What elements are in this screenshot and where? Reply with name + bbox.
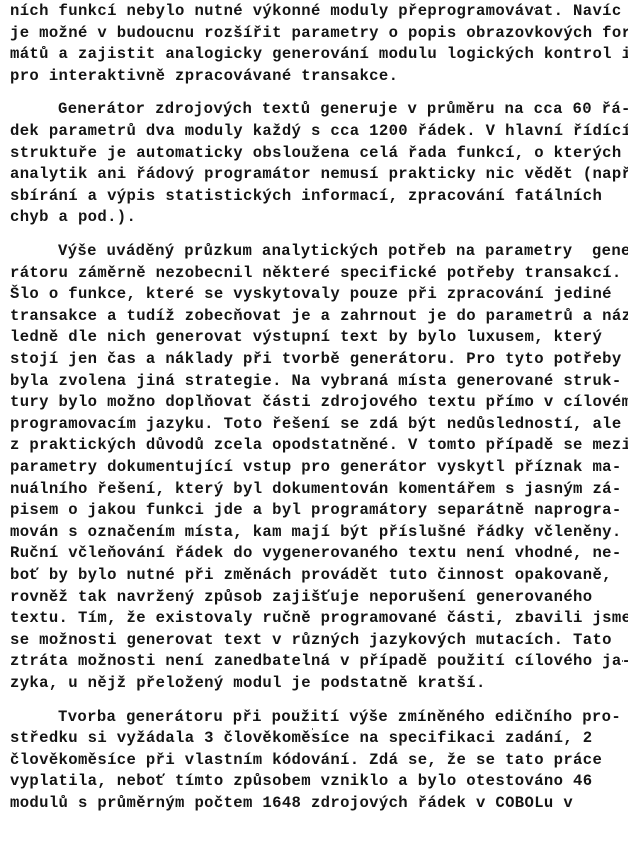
text-line: stojí jen čas a náklady při tvorbě gener…	[10, 349, 622, 369]
text-line: programovacím jazyku. Toto řešení se zdá…	[10, 414, 622, 434]
text-line: se možnosti generovat text v různých jaz…	[10, 630, 612, 650]
text-line: Šlo o funkce, které se vyskytovaly pouze…	[10, 284, 612, 304]
text-line: mován s označením místa, kam mají být př…	[10, 522, 622, 542]
paper-speck	[312, 728, 313, 730]
text-line: Generátor zdrojových textů generuje v pr…	[58, 99, 628, 119]
text-line: pisem o jakou funkci jde a byl programát…	[10, 500, 622, 520]
text-line: ních funkcí nebylo nutné výkonné moduly …	[10, 1, 622, 21]
text-line: pro interaktivně zpracovávané transakce.	[10, 66, 398, 86]
text-line: parametry dokumentující vstup pro generá…	[10, 457, 622, 477]
text-line: struktuře je automaticky obsloužena celá…	[10, 143, 622, 163]
text-line: modulů s průměrným počtem 1648 zdrojovýc…	[10, 793, 573, 813]
text-line: ledně dle nich generovat výstupní text b…	[10, 327, 602, 347]
paper-speck	[622, 660, 623, 662]
text-line: dek parametrů dva moduly každý s cca 120…	[10, 121, 628, 141]
text-line: zyka, u nějž přeložený modul je podstatn…	[10, 673, 486, 693]
text-line: analytik ani řádový programátor nemusí p…	[10, 164, 628, 184]
text-line: byla zvolena jiná strategie. Na vybraná …	[10, 371, 622, 391]
text-line: chyb a pod.).	[10, 207, 136, 227]
text-line: tury bylo možno doplňovat části zdrojové…	[10, 392, 628, 412]
paper-speck	[534, 8, 535, 10]
text-line: Výše uváděný průzkum analytických potřeb…	[58, 241, 628, 261]
typewritten-page: ních funkcí nebylo nutné výkonné moduly …	[0, 0, 628, 852]
text-line: ztráta možnosti není zanedbatelná v příp…	[10, 651, 628, 671]
text-line: mátů a zajistit analogicky generování mo…	[10, 44, 628, 64]
text-line: rátoru záměrně nezobecnil některé specif…	[10, 263, 622, 283]
text-line: transakce a tudíž zobecňovat je a zahrno…	[10, 306, 628, 326]
text-line: Tvorba generátoru při použití výše zmíně…	[58, 707, 621, 727]
text-line: nuálního řešení, který byl dokumentován …	[10, 479, 622, 499]
text-line: rovněž tak navržený způsob zajišťuje nep…	[10, 587, 592, 607]
text-line: textu. Tím, že existovaly ručně programo…	[10, 608, 628, 628]
text-line: boť by bylo nutné při změnách provádět t…	[10, 565, 612, 585]
text-line: Ruční včleňování řádek do vygenerovaného…	[10, 543, 622, 563]
text-line: člověkoměsíce při vlastním kódování. Zdá…	[10, 750, 602, 770]
text-line: vyplatila, neboť tímto způsobem vzniklo …	[10, 771, 592, 791]
text-line: sbírání a výpis statistických informací,…	[10, 186, 602, 206]
text-line: z praktických důvodů zcela opodstatněné.…	[10, 435, 628, 455]
text-line: středku si vyžádala 3 člověkoměsíce na s…	[10, 728, 592, 748]
text-line: je možné v budoucnu rozšířit parametry o…	[10, 23, 628, 43]
